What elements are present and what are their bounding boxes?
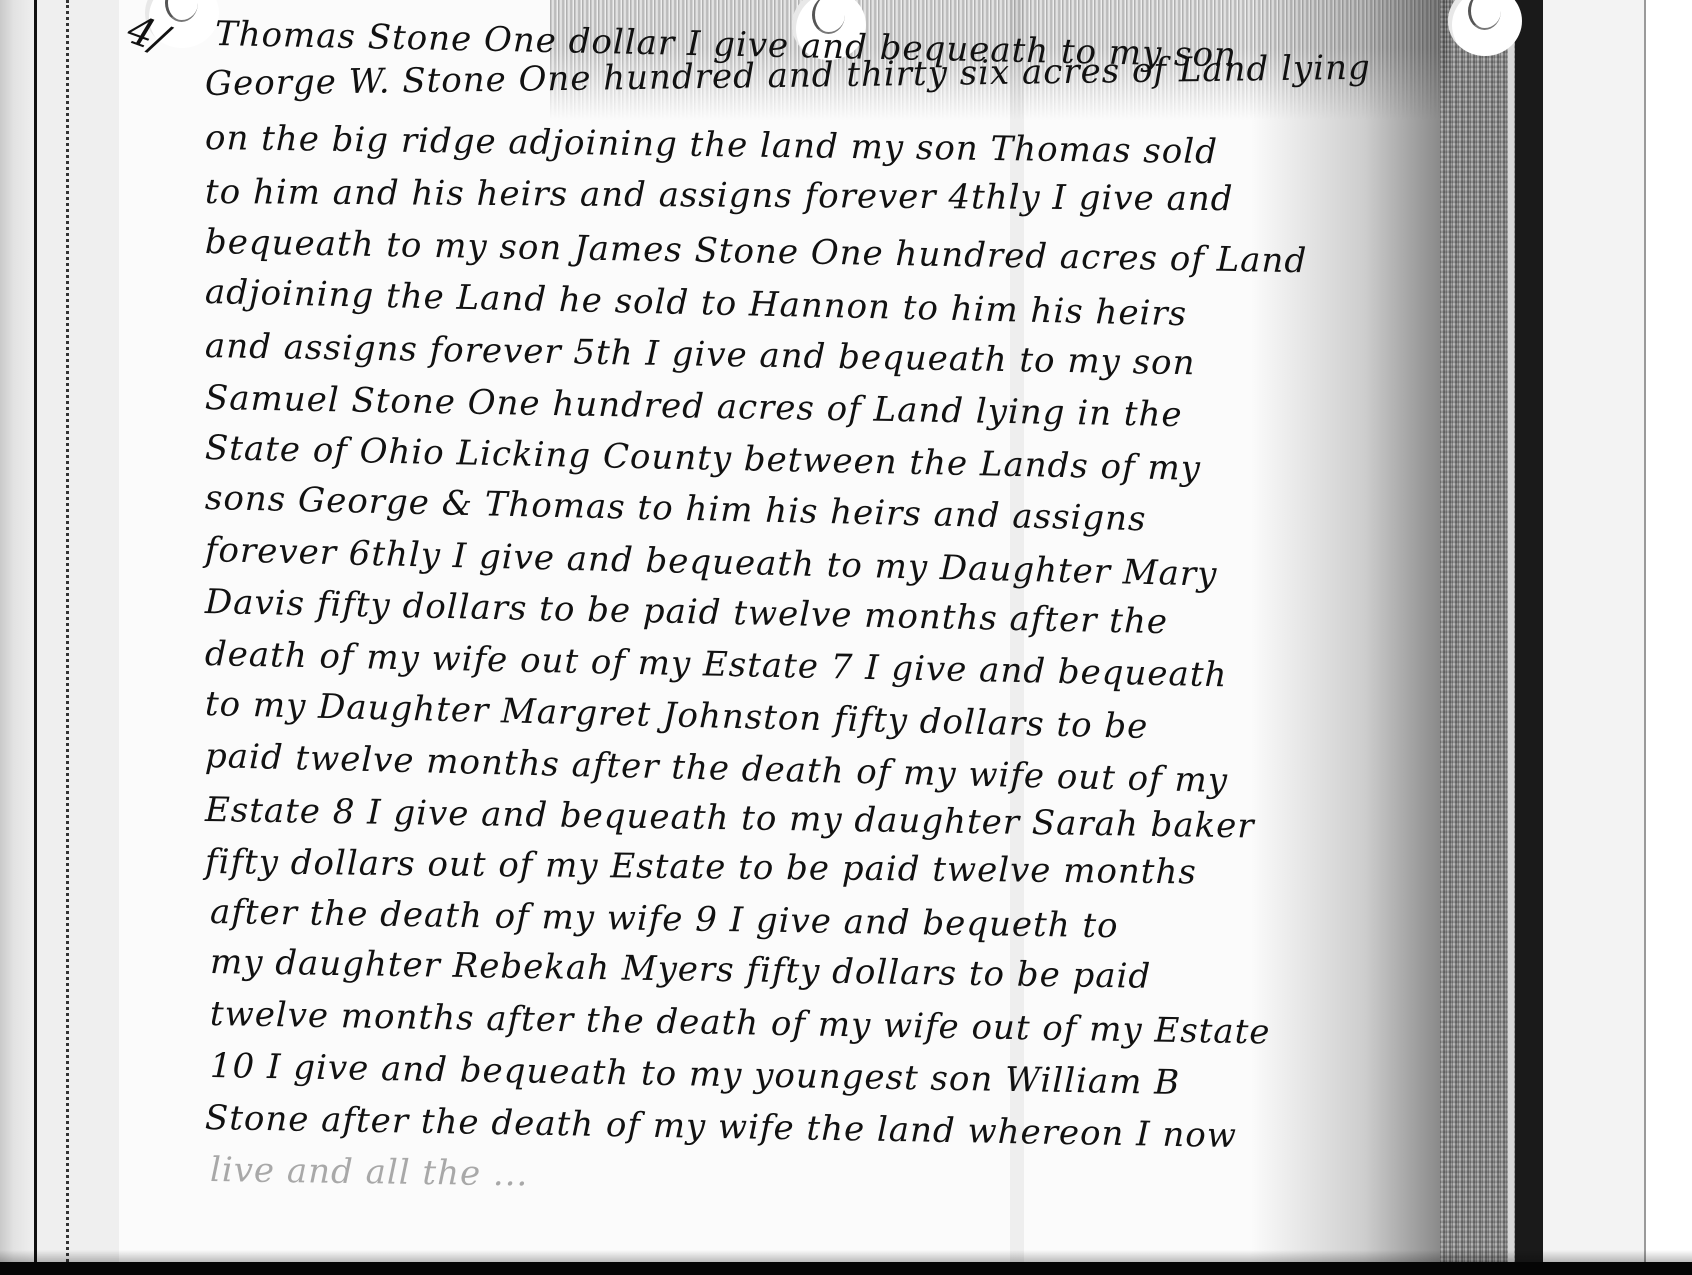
scanner-bottom-bar [0, 1262, 1692, 1275]
right-photocopy-fade [1250, 0, 1440, 1262]
text-line-5: bequeath to my son James Stone One hundr… [205, 222, 1308, 281]
right-page-edge [1515, 0, 1543, 1262]
text-line-18: after the death of my wife 9 I give and … [210, 892, 1119, 946]
text-line-23-cut-off: live and all the ... [210, 1150, 529, 1194]
binding-strip [0, 0, 34, 1262]
text-line-6: adjoining the Land he sold to Hannon to … [205, 272, 1188, 334]
left-margin-shade [37, 0, 119, 1262]
text-line-7: and assigns forever 5th I give and beque… [205, 326, 1196, 383]
text-line-21: 10 I give and bequeath to my youngest so… [210, 1046, 1181, 1103]
text-line-13: death of my wife out of my Estate 7 I gi… [205, 634, 1228, 695]
text-line-8: Samuel Stone One hundred acres of Land l… [205, 378, 1183, 435]
bottom-shadow [0, 1250, 1692, 1262]
text-line-4: to him and his heirs and assigns forever… [205, 172, 1234, 219]
right-edge-highlight [1508, 0, 1514, 1262]
text-line-22: Stone after the death of my wife the lan… [205, 1098, 1238, 1156]
text-line-10: sons George & Thomas to him his heirs an… [205, 478, 1147, 539]
text-line-14: to my Daughter Margret Johnston fifty do… [205, 684, 1149, 747]
text-line-15: paid twelve months after the death of my… [205, 736, 1229, 801]
text-line-17: fifty dollars out of my Estate to be pai… [205, 842, 1197, 892]
left-dotted-rule [66, 0, 69, 1262]
right-outer-margin [1646, 0, 1692, 1262]
text-line-3: on the big ridge adjoining the land my s… [205, 118, 1218, 172]
left-margin-rule [34, 0, 37, 1262]
text-line-16: Estate 8 I give and bequeath to my daugh… [205, 790, 1255, 846]
text-line-9: State of Ohio Licking County between the… [205, 428, 1202, 489]
scanned-page: 4/ Thomas Stone One dollar I give and be… [0, 0, 1692, 1262]
text-line-20: twelve months after the death of my wife… [210, 994, 1271, 1053]
